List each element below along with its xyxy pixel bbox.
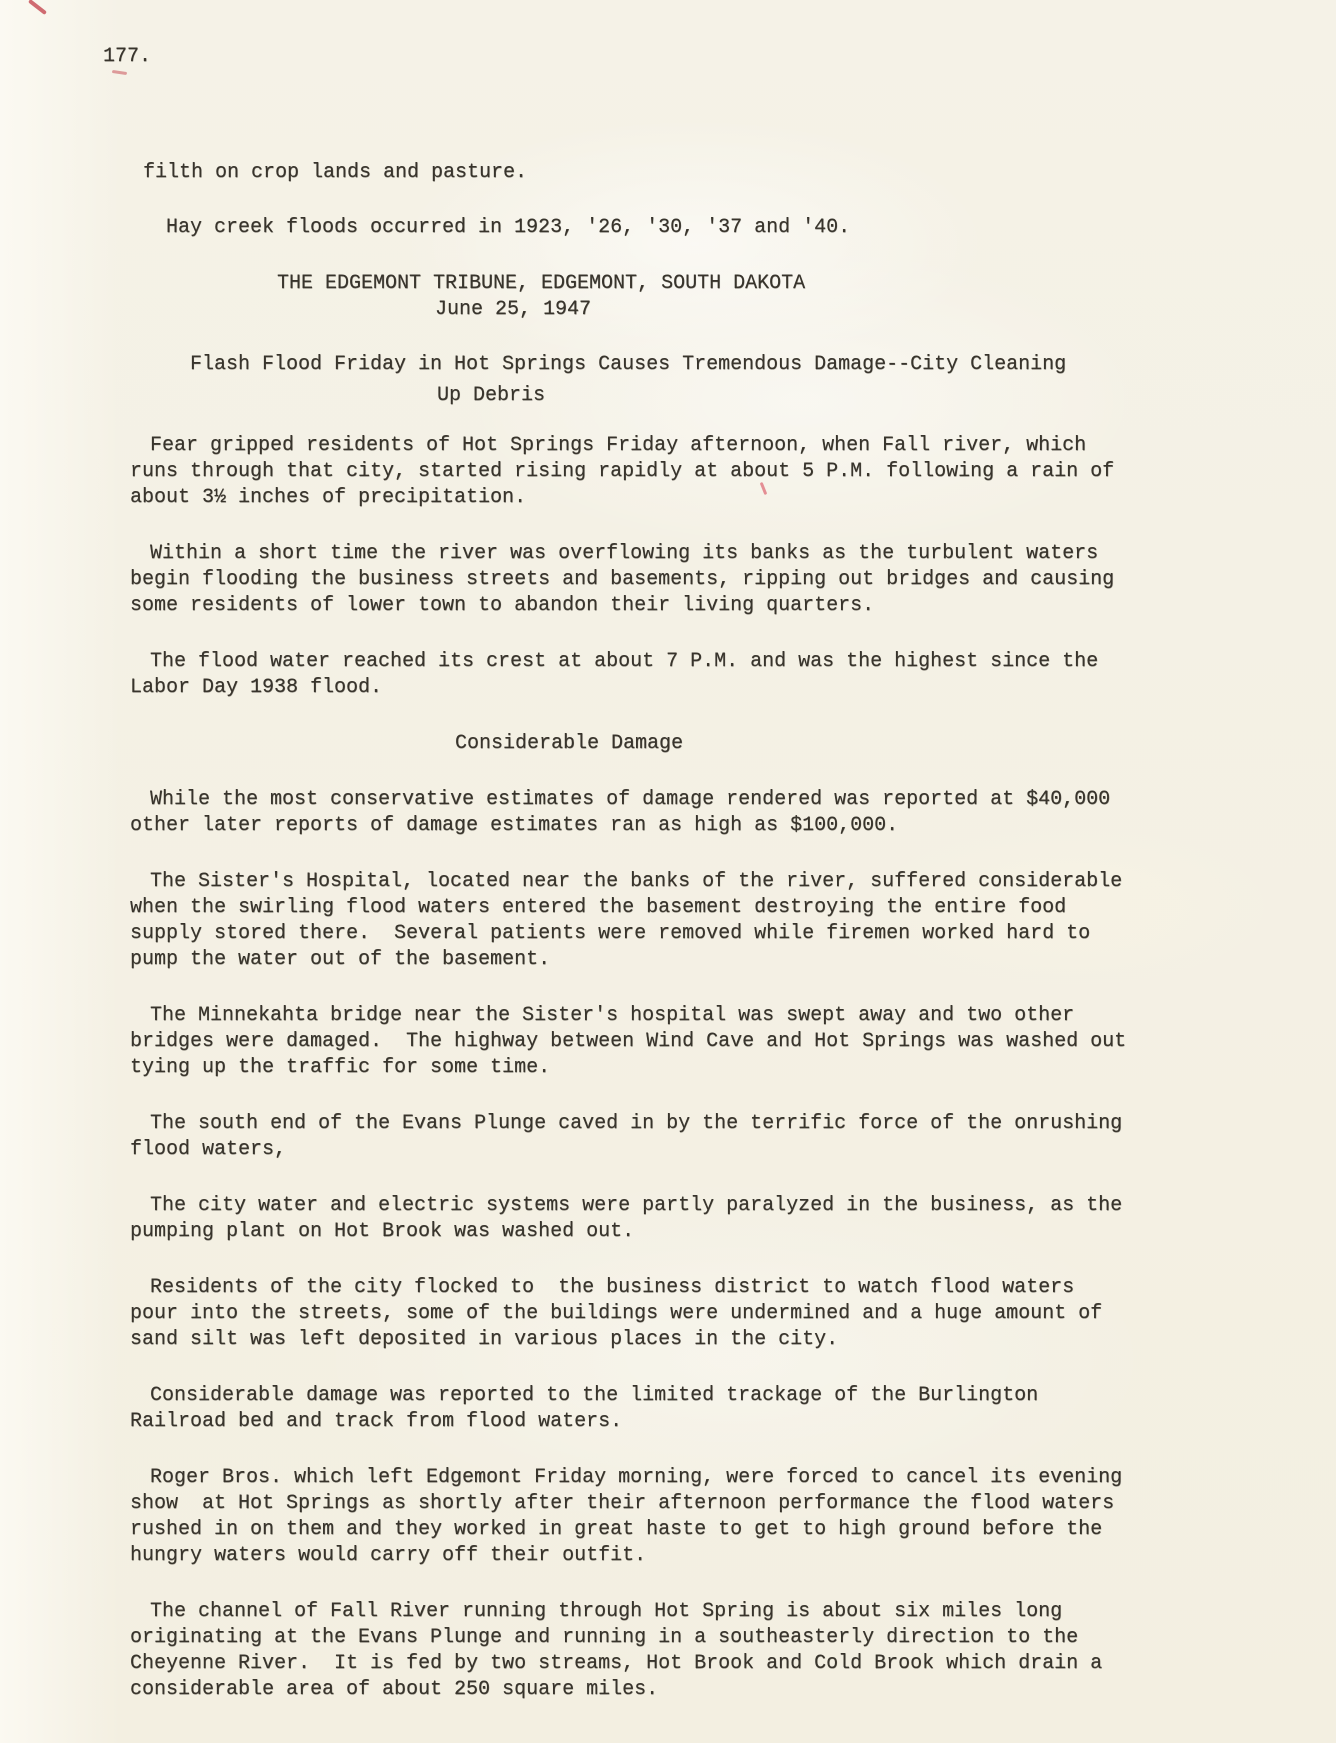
- article-body: filth on crop lands and pasture. Hay cre…: [0, 0, 1130, 1703]
- scanned-document-page: 177. filth on crop lands and pasture. Ha…: [0, 0, 1336, 1743]
- masthead: THE EDGEMONT TRIBUNE, EDGEMONT, SOUTH DA…: [130, 271, 1130, 323]
- headline: Flash Flood Friday in Hot Springs Causes…: [130, 352, 1130, 409]
- paragraph: The city water and electric systems were…: [130, 1193, 1130, 1245]
- headline-line: Flash Flood Friday in Hot Springs Causes…: [190, 352, 1130, 378]
- paragraph: Within a short time the river was overfl…: [130, 541, 1130, 619]
- paragraph: Considerable damage was reported to the …: [130, 1383, 1130, 1435]
- paragraph: While the most conservative estimates of…: [130, 787, 1130, 839]
- section-subhead: Considerable Damage: [455, 731, 1130, 757]
- page-number: 177.: [103, 44, 151, 70]
- masthead-publication: THE EDGEMONT TRIBUNE, EDGEMONT, SOUTH DA…: [277, 271, 1130, 297]
- headline-line: Up Debris: [437, 383, 1130, 409]
- intro-line: filth on crop lands and pasture.: [143, 160, 1130, 186]
- paragraph: The Minnekahta bridge near the Sister's …: [130, 1003, 1130, 1081]
- paragraph: The south end of the Evans Plunge caved …: [130, 1111, 1130, 1163]
- paragraph: Fear gripped residents of Hot Springs Fr…: [130, 433, 1130, 511]
- paragraph: The channel of Fall River running throug…: [130, 1599, 1130, 1703]
- paragraph: The Sister's Hospital, located near the …: [130, 869, 1130, 973]
- paragraph: The flood water reached its crest at abo…: [130, 649, 1130, 701]
- paragraph: Residents of the city flocked to the bus…: [130, 1275, 1130, 1353]
- paragraph: Roger Bros. which left Edgemont Friday m…: [130, 1465, 1130, 1569]
- masthead-date: June 25, 1947: [435, 297, 1130, 323]
- intro-line: Hay creek floods occurred in 1923, '26, …: [166, 215, 1130, 241]
